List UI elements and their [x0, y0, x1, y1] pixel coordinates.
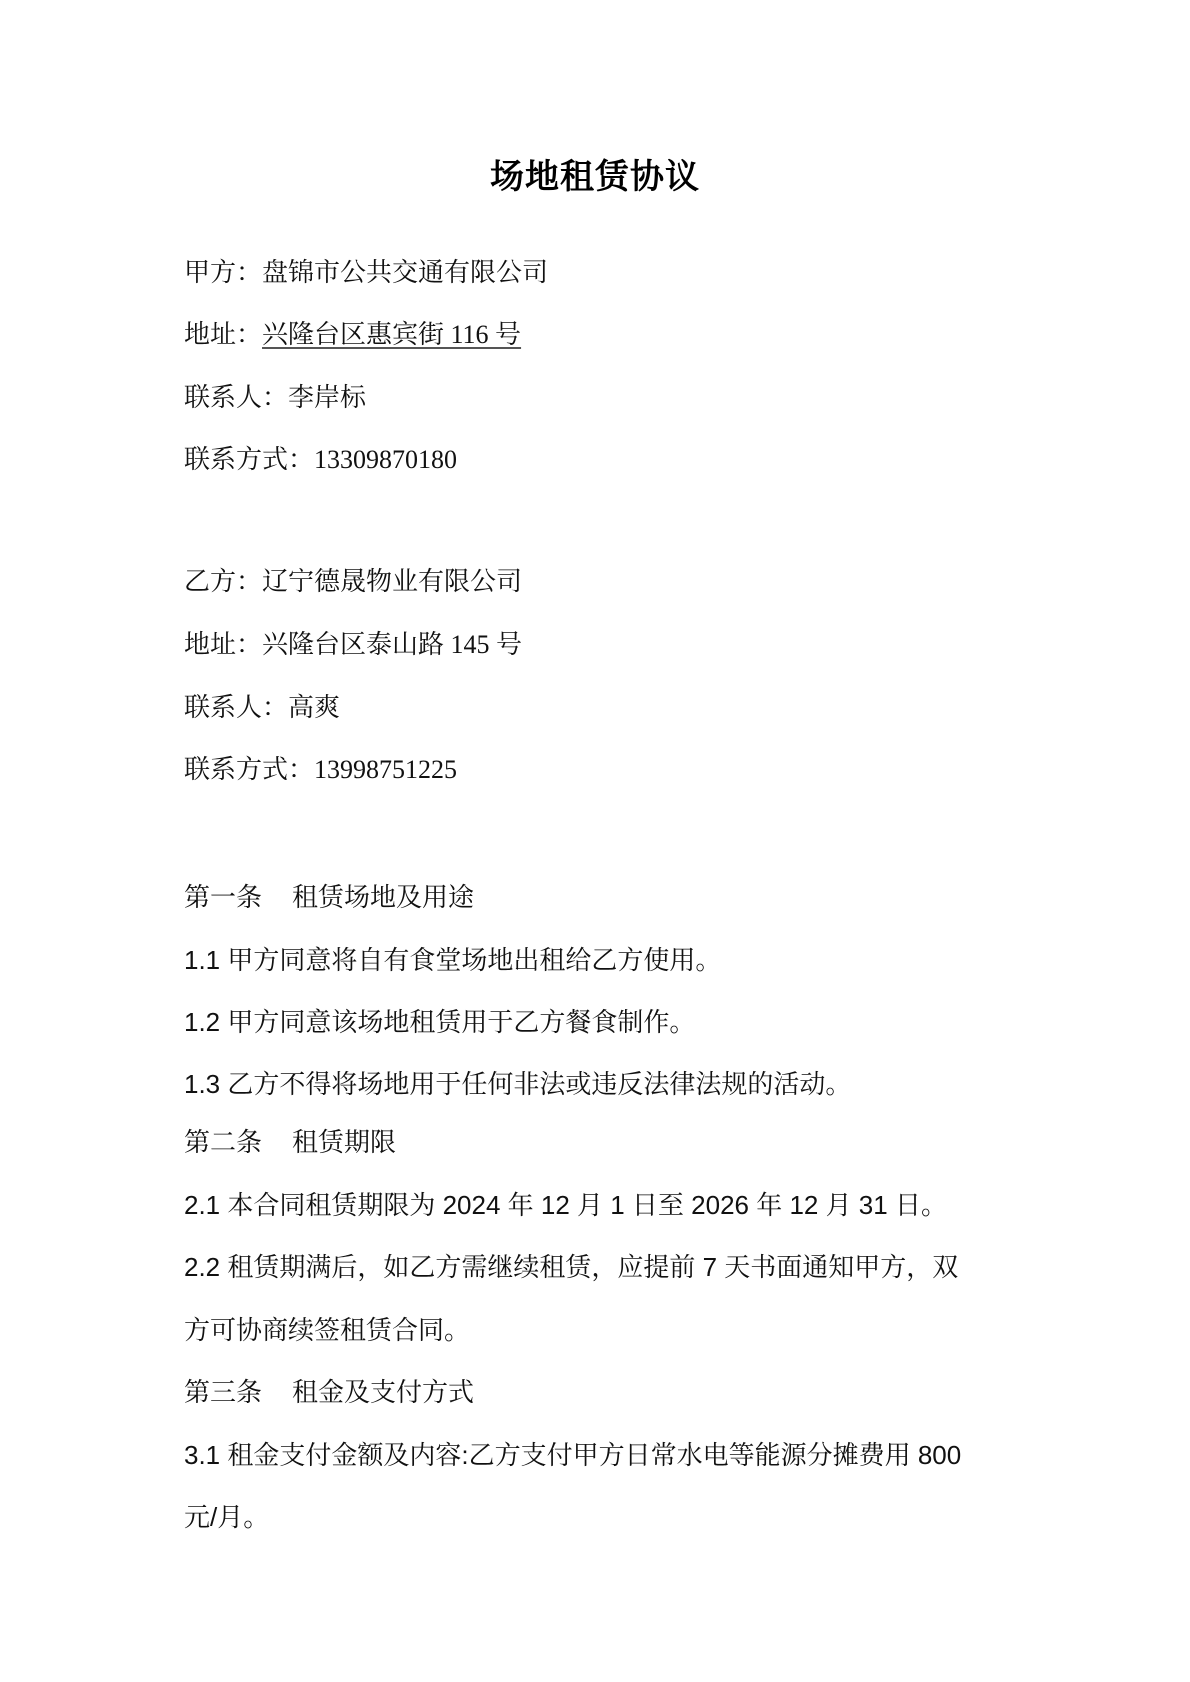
- clause-2-1: 2.1 本合同租赁期限为 2024 年 12 月 1 日至 2026 年 12 …: [184, 1185, 1024, 1225]
- party-b-contact-line: 联系人：高爽: [184, 688, 1024, 728]
- party-b-address-label: 地址：: [184, 630, 262, 659]
- party-b-label: 乙方：: [184, 567, 262, 596]
- article-2-heading: 第二条租赁期限: [184, 1122, 1024, 1162]
- article-2-number: 第二条: [184, 1127, 262, 1157]
- party-a-phone-line: 联系方式：13309870180: [184, 440, 1024, 480]
- article-1-number: 第一条: [184, 882, 262, 912]
- party-a-name-line: 甲方：盘锦市公共交通有限公司: [184, 253, 1024, 293]
- party-a-phone: 13309870180: [314, 445, 457, 474]
- clause-1-3: 1.3 乙方不得将场地用于任何非法或违反法律法规的活动。: [184, 1064, 1024, 1104]
- clause-2-2: 2.2 租赁期满后，如乙方需继续租赁，应提前 7 天书面通知甲方，双: [184, 1247, 1024, 1287]
- clause-3-1: 3.1 租金支付金额及内容:乙方支付甲方日常水电等能源分摊费用 800: [184, 1435, 1024, 1475]
- party-b-name-line: 乙方：辽宁德晟物业有限公司: [184, 562, 1024, 602]
- clause-2-2-continued: 方可协商续签租赁合同。: [184, 1310, 1024, 1350]
- party-b-address-line: 地址：兴隆台区泰山路 145 号: [184, 625, 1024, 665]
- party-a-phone-label: 联系方式：: [184, 445, 314, 474]
- party-b-address: 兴隆台区泰山路 145 号: [262, 630, 522, 659]
- clause-1-2: 1.2 甲方同意该场地租赁用于乙方餐食制作。: [184, 1002, 1024, 1042]
- article-3-number: 第三条: [184, 1377, 262, 1407]
- party-a-address-line: 地址：兴隆台区惠宾街 116 号: [184, 315, 1024, 355]
- party-a-contact: 李岸标: [288, 383, 366, 412]
- document-title: 场地租赁协议: [0, 156, 1190, 198]
- party-a-contact-line: 联系人：李岸标: [184, 378, 1024, 418]
- party-a-name: 盘锦市公共交通有限公司: [262, 258, 548, 287]
- article-1-title: 租赁场地及用途: [292, 882, 474, 912]
- clause-3-1-continued: 元/月。: [184, 1497, 1024, 1537]
- document-page: 场地租赁协议 甲方：盘锦市公共交通有限公司 地址：兴隆台区惠宾街 116 号 联…: [0, 0, 1190, 1682]
- party-b-phone: 13998751225: [314, 755, 457, 784]
- article-1-heading: 第一条租赁场地及用途: [184, 877, 1024, 917]
- article-3-title: 租金及支付方式: [292, 1377, 474, 1407]
- article-3-heading: 第三条租金及支付方式: [184, 1372, 1024, 1412]
- party-a-address: 兴隆台区惠宾街 116 号: [262, 320, 521, 349]
- party-a-address-label: 地址：: [184, 320, 262, 349]
- article-2-title: 租赁期限: [292, 1127, 396, 1157]
- party-b-name: 辽宁德晟物业有限公司: [262, 567, 522, 596]
- party-a-contact-label: 联系人：: [184, 383, 288, 412]
- party-b-contact-label: 联系人：: [184, 693, 288, 722]
- party-b-phone-line: 联系方式：13998751225: [184, 750, 1024, 790]
- clause-1-1: 1.1 甲方同意将自有食堂场地出租给乙方使用。: [184, 940, 1024, 980]
- party-b-contact: 高爽: [288, 693, 340, 722]
- party-b-phone-label: 联系方式：: [184, 755, 314, 784]
- party-a-label: 甲方：: [184, 258, 262, 287]
